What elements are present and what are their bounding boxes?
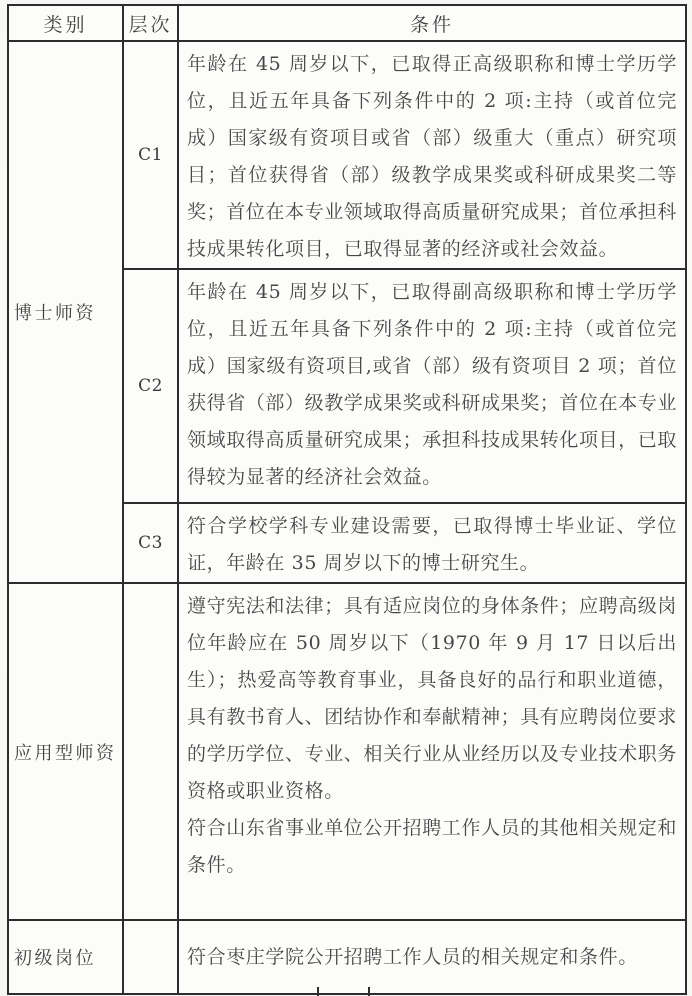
level-cell-applied-empty <box>123 583 178 920</box>
col-header-condition: 条件 <box>178 5 686 41</box>
condition-cell-c2: 年龄在 45 周岁以下，已取得副高级职称和博士学历学位，且近五年具备下列条件中的… <box>178 269 686 503</box>
condition-cell-c1: 年龄在 45 周岁以下，已取得正高级职称和博士学历学位，且近五年具备下列条件中的… <box>178 41 686 269</box>
level-cell-c1: C1 <box>123 41 178 269</box>
recruitment-requirements-table: 类别 层次 条件 博士师资 C1 年龄在 45 周岁以下，已取得正高级职称和博士… <box>7 4 687 995</box>
table-row-doctoral-c1: 博士师资 C1 年龄在 45 周岁以下，已取得正高级职称和博士学历学位，且近五年… <box>8 41 686 269</box>
category-cell-doctoral: 博士师资 <box>8 41 123 583</box>
condition-cell-applied: 遵守宪法和法律；具有适应岗位的身体条件；应聘高级岗位年龄应在 50 周岁以下（1… <box>178 583 686 920</box>
table-row-junior: 初级岗位 符合枣庄学院公开招聘工作人员的相关规定和条件。 <box>8 920 686 994</box>
condition-cell-c3: 符合学校学科专业建设需要，已取得博士毕业证、学位证，年龄在 35 周岁以下的博士… <box>178 503 686 583</box>
document-page: 类别 层次 条件 博士师资 C1 年龄在 45 周岁以下，已取得正高级职称和博士… <box>0 0 692 996</box>
table-row-applied: 应用型师资 遵守宪法和法律；具有适应岗位的身体条件；应聘高级岗位年龄应在 50 … <box>8 583 686 920</box>
applied-condition-paragraph-2: 符合山东省事业单位公开招聘工作人员的其他相关规定和条件。 <box>187 810 677 884</box>
col-header-level: 层次 <box>123 5 178 41</box>
col-header-category: 类别 <box>8 5 123 41</box>
level-cell-junior-empty <box>123 920 178 994</box>
category-cell-junior: 初级岗位 <box>8 920 123 994</box>
condition-cell-junior: 符合枣庄学院公开招聘工作人员的相关规定和条件。 <box>178 920 686 994</box>
level-cell-c2: C2 <box>123 269 178 503</box>
header-row: 类别 层次 条件 <box>8 5 686 41</box>
category-cell-applied: 应用型师资 <box>8 583 123 920</box>
cutoff-next-table-fragment <box>317 987 370 996</box>
level-cell-c3: C3 <box>123 503 178 583</box>
applied-condition-paragraph-1: 遵守宪法和法律；具有适应岗位的身体条件；应聘高级岗位年龄应在 50 周岁以下（1… <box>187 588 677 810</box>
